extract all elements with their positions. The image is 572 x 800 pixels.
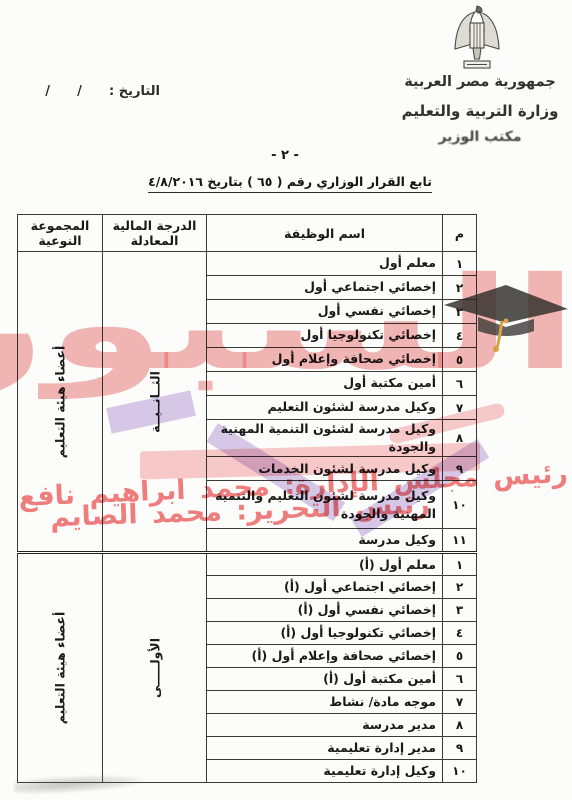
row-index-cell: ٣ xyxy=(443,599,477,622)
row-index-cell: ٥ xyxy=(443,348,477,372)
grade-label: الثــانــيــة xyxy=(147,371,162,433)
decree-title: تابع القرار الوزاري رقم ( ٦٥ ) بتاريخ ٤/… xyxy=(148,174,432,193)
letterhead-office: مكتب الوزير xyxy=(392,129,568,145)
group-label: أعضاء هيئة التعليم xyxy=(53,612,68,725)
job-name-cell: أمين مكتبة أول (أ) xyxy=(207,668,443,691)
row-index-cell: ٨ xyxy=(443,714,477,737)
job-name-cell: إخصائي اجتماعي أول xyxy=(207,276,443,300)
row-index-cell: ١٠ xyxy=(443,481,477,529)
row-index-cell: ٩ xyxy=(443,457,477,481)
row-index-cell: ١ xyxy=(443,553,477,576)
row-index-cell: ١ xyxy=(443,252,477,276)
job-name-cell: إخصائي نفسي أول (أ) xyxy=(207,599,443,622)
row-index-cell: ٨ xyxy=(443,420,477,457)
col-header-group: المجموعة النوعية xyxy=(18,215,103,252)
decree-title-wrap: تابع القرار الوزاري رقم ( ٦٥ ) بتاريخ ٤/… xyxy=(116,171,464,193)
job-name-cell: وكيل إدارة تعليمية xyxy=(207,760,443,783)
job-name-cell: وكيل مدرسة لشئون التعليم xyxy=(207,396,443,420)
job-name-cell: معلم أول (أ) xyxy=(207,553,443,576)
letterhead-country: جمهورية مصر العربية xyxy=(392,74,568,90)
row-index-cell: ٥ xyxy=(443,645,477,668)
col-header-job: اسم الوظيفة xyxy=(207,215,443,252)
job-name-cell: أمين مكتبة أول xyxy=(207,372,443,396)
table-header-row: م اسم الوظيفة الدرجة المالية المعادلة ال… xyxy=(18,215,477,252)
table-row: ١ معلم أول الثــانــيــة أعضاء هيئة التع… xyxy=(18,252,477,276)
row-index-cell: ٢ xyxy=(443,276,477,300)
positions-table: م اسم الوظيفة الدرجة المالية المعادلة ال… xyxy=(17,214,477,783)
grade-cell-section1: الثــانــيــة xyxy=(103,252,207,553)
row-index-cell: ١٠ xyxy=(443,760,477,783)
col-header-index: م xyxy=(443,215,477,252)
scanned-decree-page: التاريخ : / / جمهورية مصر العربية وزارة … xyxy=(0,0,572,800)
job-name-cell: إخصائي تكنولوجيا أول xyxy=(207,324,443,348)
letterhead-ministry: وزارة التربية والتعليم xyxy=(392,102,568,120)
job-name-cell: وكيل مدرسة لشئون التنمية المهنية والجودة xyxy=(207,420,443,457)
grade-label: الأولـــــى xyxy=(147,638,162,698)
group-label: أعضاء هيئة التعليم xyxy=(53,345,68,458)
row-index-cell: ٤ xyxy=(443,622,477,645)
row-index-cell: ٦ xyxy=(443,668,477,691)
row-index-cell: ٦ xyxy=(443,372,477,396)
page-number: - ٢ - xyxy=(240,148,330,163)
col-header-grade: الدرجة المالية المعادلة xyxy=(103,215,207,252)
row-index-cell: ٢ xyxy=(443,576,477,599)
row-index-cell: ٩ xyxy=(443,737,477,760)
table-row: ١ معلم أول (أ) الأولـــــى أعضاء هيئة ال… xyxy=(18,553,477,576)
job-name-cell: وكيل مدرسة لشئون التعليم والتنمية المهني… xyxy=(207,481,443,529)
job-name-cell: موجه مادة/ نشاط xyxy=(207,691,443,714)
job-name-cell: إخصائي تكنولوجيا أول (أ) xyxy=(207,622,443,645)
job-name-cell: إخصائي صحافة وإعلام أول (أ) xyxy=(207,645,443,668)
job-name-cell: معلم أول xyxy=(207,252,443,276)
group-cell-section2: أعضاء هيئة التعليم xyxy=(18,553,103,783)
job-name-cell: وكيل مدرسة xyxy=(207,529,443,553)
row-index-cell: ٧ xyxy=(443,691,477,714)
row-index-cell: ١١ xyxy=(443,529,477,553)
job-name-cell: مدير مدرسة xyxy=(207,714,443,737)
date-field: التاريخ : / / xyxy=(10,84,160,99)
job-name-cell: إخصائي نفسي أول xyxy=(207,300,443,324)
grade-cell-section2: الأولـــــى xyxy=(103,553,207,783)
row-index-cell: ٣ xyxy=(443,300,477,324)
row-index-cell: ٤ xyxy=(443,324,477,348)
egypt-eagle-emblem xyxy=(448,4,506,70)
group-cell-section1: أعضاء هيئة التعليم xyxy=(18,252,103,553)
job-name-cell: مدير إدارة تعليمية xyxy=(207,737,443,760)
row-index-cell: ٧ xyxy=(443,396,477,420)
job-name-cell: وكيل مدرسة لشئون الخدمات xyxy=(207,457,443,481)
job-name-cell: إخصائي صحافة وإعلام أول xyxy=(207,348,443,372)
job-name-cell: إخصائي اجتماعي أول (أ) xyxy=(207,576,443,599)
